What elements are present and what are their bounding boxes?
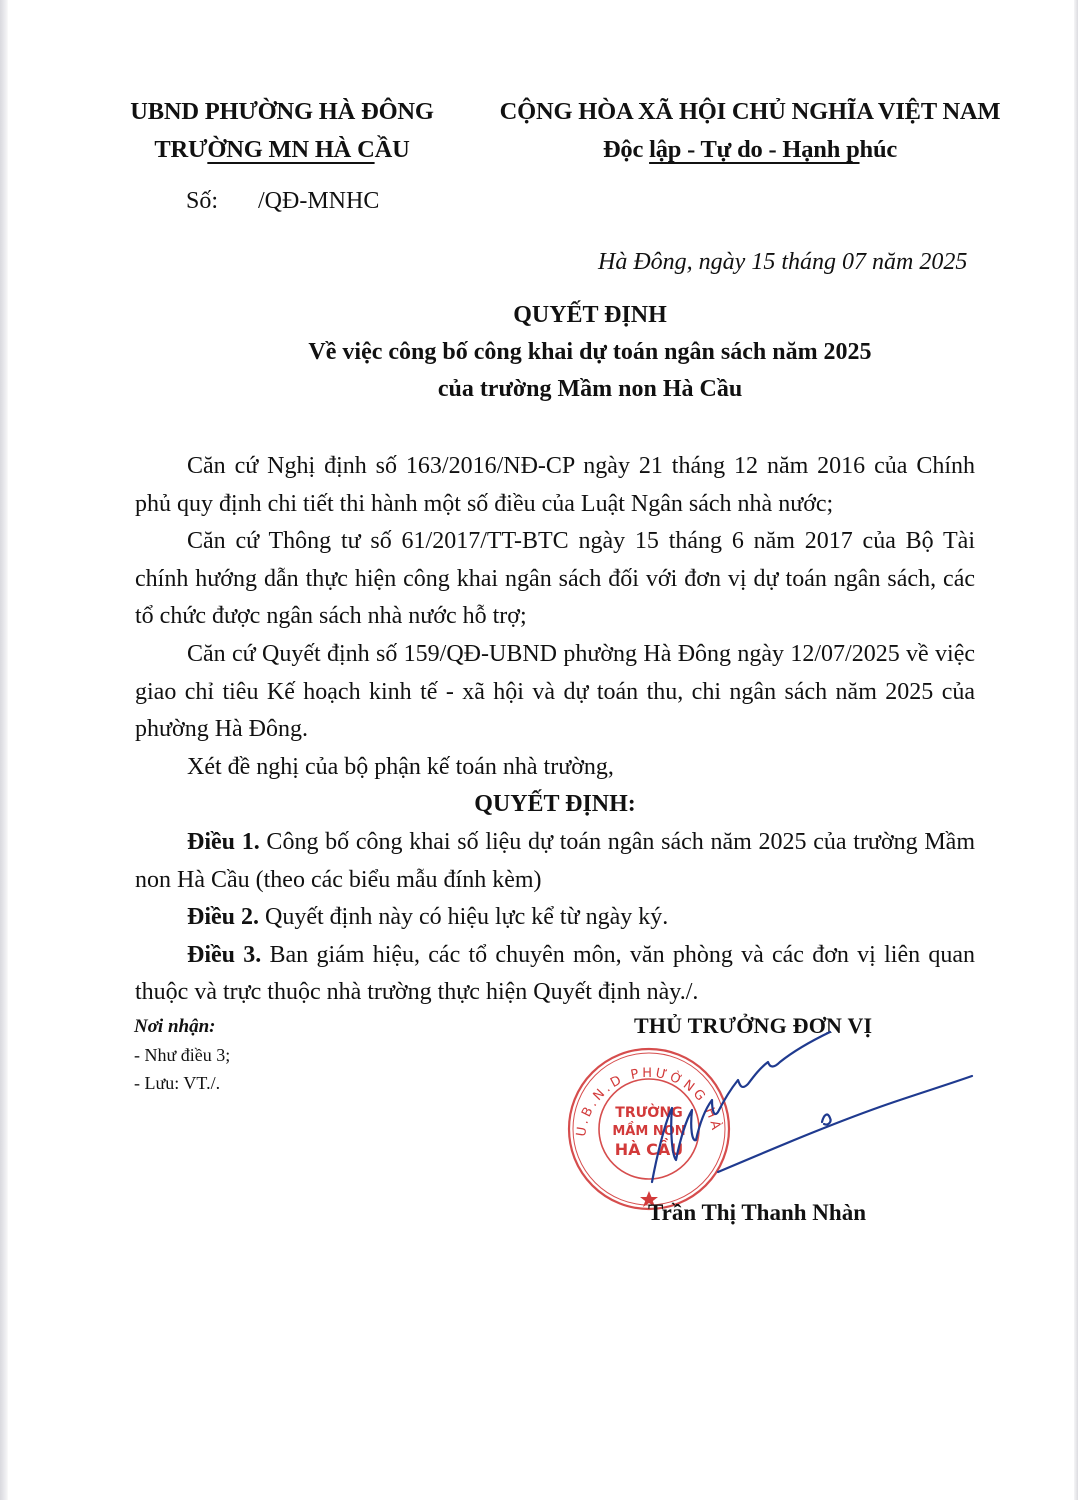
agency-line-1: UBND PHƯỜNG HÀ ĐÔNG: [112, 93, 452, 131]
document-body: Căn cứ Nghị định số 163/2016/NĐ-CP ngày …: [135, 448, 975, 1012]
page-edge-right: [1074, 0, 1078, 1500]
preamble-paragraph: Căn cứ Quyết định số 159/QĐ-UBND phường …: [135, 636, 975, 749]
recipients-label: Nơi nhận:: [134, 1013, 230, 1041]
decision-heading: QUYẾT ĐỊNH:: [135, 786, 975, 824]
recipient-item: - Như điều 3;: [134, 1041, 230, 1069]
page-edge-left: [0, 0, 8, 1500]
article-label: Điều 2.: [187, 904, 259, 930]
issuing-agency-block: UBND PHƯỜNG HÀ ĐÔNG TRƯỜNG MN HÀ CẦU: [112, 93, 452, 169]
signatory-name: Trần Thị Thanh Nhàn: [648, 1200, 866, 1226]
motto-underlined: lập - Tự do - Hạnh p: [649, 136, 859, 163]
agency-line-2: TRƯỜNG MN HÀ CẦU: [112, 131, 452, 169]
recipient-item: - Lưu: VT./.: [134, 1069, 230, 1097]
agency-line-2-underlined: ỜNG MN HÀ C: [207, 136, 374, 163]
article-label: Điều 3.: [187, 942, 261, 968]
article-3: Điều 3. Ban giám hiệu, các tổ chuyên môn…: [135, 937, 975, 1012]
document-subtitle-line-1: Về việc công bố công khai dự toán ngân s…: [140, 334, 1040, 371]
document-number-label: Số:: [186, 188, 218, 214]
article-text: Ban giám hiệu, các tổ chuyên môn, văn ph…: [135, 942, 975, 1006]
motto-suffix: húc: [860, 136, 898, 163]
agency-line-2-suffix: ẦU: [375, 136, 410, 163]
article-label: Điều 1.: [187, 829, 260, 855]
article-2: Điều 2. Quyết định này có hiệu lực kể từ…: [135, 899, 975, 937]
document-title: QUYẾT ĐỊNH: [140, 297, 1040, 334]
national-motto: Độc lập - Tự do - Hạnh phúc: [470, 131, 1030, 169]
national-header-block: CỘNG HÒA XÃ HỘI CHỦ NGHĨA VIỆT NAM Độc l…: [470, 93, 1030, 169]
document-number: Số:/QĐ-MNHC: [186, 186, 379, 216]
agency-line-2-prefix: TRƯ: [154, 136, 207, 163]
article-text: Quyết định này có hiệu lực kể từ ngày ký…: [259, 904, 668, 930]
preamble-paragraph: Căn cứ Nghị định số 163/2016/NĐ-CP ngày …: [135, 448, 975, 523]
country-name: CỘNG HÒA XÃ HỘI CHỦ NGHĨA VIỆT NAM: [470, 93, 1030, 131]
document-number-value: /QĐ-MNHC: [258, 188, 379, 214]
preamble-paragraph: Căn cứ Thông tư số 61/2017/TT-BTC ngày 1…: [135, 523, 975, 636]
article-text: Công bố công khai số liệu dự toán ngân s…: [135, 829, 975, 893]
handwritten-signature: [600, 1010, 980, 1210]
article-1: Điều 1. Công bố công khai số liệu dự toá…: [135, 824, 975, 899]
preamble-paragraph: Xét đề nghị của bộ phận kế toán nhà trườ…: [135, 749, 975, 787]
document-subtitle-line-2: của trường Mầm non Hà Cầu: [140, 371, 1040, 408]
motto-prefix: Độc: [603, 136, 649, 163]
recipients-block: Nơi nhận: - Như điều 3; - Lưu: VT./.: [134, 1013, 230, 1097]
date-line: Hà Đông, ngày 15 tháng 07 năm 2025: [598, 249, 967, 276]
title-block: QUYẾT ĐỊNH Về việc công bố công khai dự …: [140, 297, 1040, 408]
